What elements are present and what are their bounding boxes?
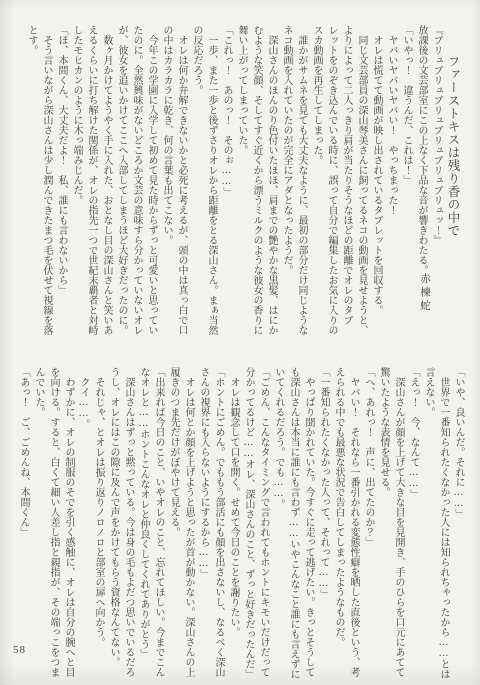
text-line: 分かってるけど……オレ、深山さんのこと、ずっと好きだったんだ」 <box>241 367 256 679</box>
text-line: 「あっ！ ご、ごめんね、本間くん」 <box>16 367 31 679</box>
text-line: も深山さんは本当に誰にも言わず……いやこんなこと誰にも言えずに <box>286 367 301 679</box>
text-line: を向ける。すると、白くて細い人差し指と親指が、その端っこをつま <box>46 367 61 679</box>
text-line: したモヒカンのように木っ端みじんだ。 <box>69 25 84 337</box>
text-line: オレは観念して口を開く。せめて今日のことを謝りたい。 <box>226 367 241 679</box>
text-line: やっぱり聞かれていた。今すぐに走って逃げたい。きっとそうして <box>301 367 316 679</box>
text-line: よりによって二人っきり肩が当たりそうなほどの距離でオレのタブ <box>339 25 354 337</box>
text-line: それじゃ、とオレは振り返りノロノロと部室の扉へ向かう。 <box>91 367 106 679</box>
text-line: 「いや、良いんだ。それに……」 <box>451 367 466 679</box>
book-page: ファーストキスは残り香の中で 『ブリュブリュブリュブリュブリュブリュッ！』放課後… <box>0 0 480 685</box>
text-line: クイ……。 <box>76 367 91 679</box>
text-line: たのに。全然興味がないどころか文芸の意味すら分かっていないオレ <box>129 25 144 337</box>
text-line: うし、オレにはこの隙に及んで声をかけてもらう資格なんてない。 <box>106 367 121 679</box>
text-line: 数ヶ月かけてようやく手に入れた、おとなし目の深山さんと笑いあ <box>99 25 114 337</box>
text-line: が、彼女を追いかけてここへ入部してしまうほど大好きだったのに。 <box>114 25 129 337</box>
text-line: 舞い上がってしまっていた。 <box>234 25 249 337</box>
text-line: 「ほ、本間くん、大丈夫だよ！ 私、誰にも言わないから」 <box>54 25 69 337</box>
text-line: さんの視界にも入らないようにするから……」 <box>196 367 211 679</box>
text-line: 深山さんはずっと黙っている。今は身の毛もよだつ思いでいるだろ <box>121 367 136 679</box>
text-line: そう言いながら深山さんは少し潤んできたまつ毛を伏せて視線を落 <box>39 25 54 337</box>
text-line: ネコ動画を入れていたのが完全にアダとなったようだ。 <box>279 25 294 337</box>
text-line: 一歩、また一歩と後ずさりオレから距離をとる深山さん。まぁ当然 <box>204 25 219 337</box>
text-line: 言えない。 <box>421 367 436 679</box>
text-line: 「出来れば今日のこと、いやオレのこと、忘れてほしい。今までこん <box>151 367 166 679</box>
text-line: ヤバいヤバいヤバい！ やっちまった！ <box>384 25 399 337</box>
text-line: レットをのぞき込んでいる時に、誤って自分で編集したお気に入りの <box>324 25 339 337</box>
page-number: 58 <box>13 644 26 656</box>
text-line: 世界で一番知られたくなかった人には知られちゃったから……とは <box>436 367 451 679</box>
text-line: いてくれるだろう。でも……。 <box>271 367 286 679</box>
text-line: オレは慌てて動画が映し出されているタブレットを回収する。 <box>369 25 384 337</box>
text-line: なオレと……ホントこんなオレと仲良くしてくれてありがとう」 <box>136 367 151 679</box>
text-line: 深山さんが顔を上げて大きな目を見開き、手のひらを口元にあてて <box>391 367 406 679</box>
text-line: の中はカラカラに乾き、何の言葉も出てこない。 <box>159 25 174 337</box>
story-title: ファーストキスは残り香の中で <box>444 25 462 337</box>
text-line: の反応だろう。 <box>189 25 204 337</box>
text-line: オレは何か弁解できないかと必死に考えるが、頭の中は真っ白で口 <box>174 25 189 337</box>
text-line: 深山さんのほんのり色付いたほほ、肩までの艶やかな黒髪、はにか <box>264 25 279 337</box>
text-line: わずかに、オレの制服のそでを引く感触に、オレは自分の腕へと目 <box>61 367 76 679</box>
text-line: 「えっ！ 今、なんて……」 <box>406 367 421 679</box>
text-line: 驚いたような表情を見せる。 <box>376 367 391 679</box>
text-line: んでいた。 <box>31 367 46 679</box>
text-line: 同じ文芸部員の深山琴美さんに飼ってるネコの動画を見せようと、 <box>354 25 369 337</box>
text-line: えられる中でも最悪な状況で告白してしまったようなものだ。 <box>331 367 346 679</box>
text-line: 「ホントにごめん。でももう部活にも顔を出さないし、なるべく深山 <box>211 367 226 679</box>
text-line: とす。 <box>24 25 39 337</box>
text-line: 履きのつま先だけがぼやけて見える。 <box>166 367 181 679</box>
text-line: オレは何とか顔を上げようと思ったが首が動かない。深山さんの上 <box>181 367 196 679</box>
text-line: 「いやっ！ 違うんだ、これは！」 <box>399 25 414 337</box>
text-line: 「これっ！ あのっ！ そのぉ……」 <box>219 25 234 337</box>
text-line: スカ動画を再生してしまった。 <box>309 25 324 337</box>
text-line: ヤバい！ それなら一番引かれる変態性癖を晒した直後という、考 <box>346 367 361 679</box>
author-name: 赤楝蛇 <box>417 273 432 314</box>
text-line: 「ごめん、こんなタイミングで言われてもホントにキモいだけだって <box>256 367 271 679</box>
text-line: 「へ、あれっ！ 声に、出てたのか？」 <box>361 367 376 679</box>
text-line: 誰かがサムネを見ても大丈夫なように、最初の部分だけ同じような <box>294 25 309 337</box>
text-line: むような笑顔、そしてすぐ近くから漂うミルクのような彼女の香りに <box>249 25 264 337</box>
text-line: 今年この学園に入学して初めて見た時からずっと可愛いと思ってい <box>144 25 159 337</box>
text-line: 「一番知られたくなかった人って、それって……」 <box>316 367 331 679</box>
upper-text-band: ファーストキスは残り香の中で 『ブリュブリュブリュブリュブリュブリュッ！』放課後… <box>18 25 462 337</box>
lower-text-band: 「いや、良いんだ。それに……」 世界で一番知られたくなかった人には知られちゃった… <box>12 367 466 679</box>
text-line: えるくらいに打ち解けた関係が、オレの指先一つで世紀末覇者と対峙 <box>84 25 99 337</box>
